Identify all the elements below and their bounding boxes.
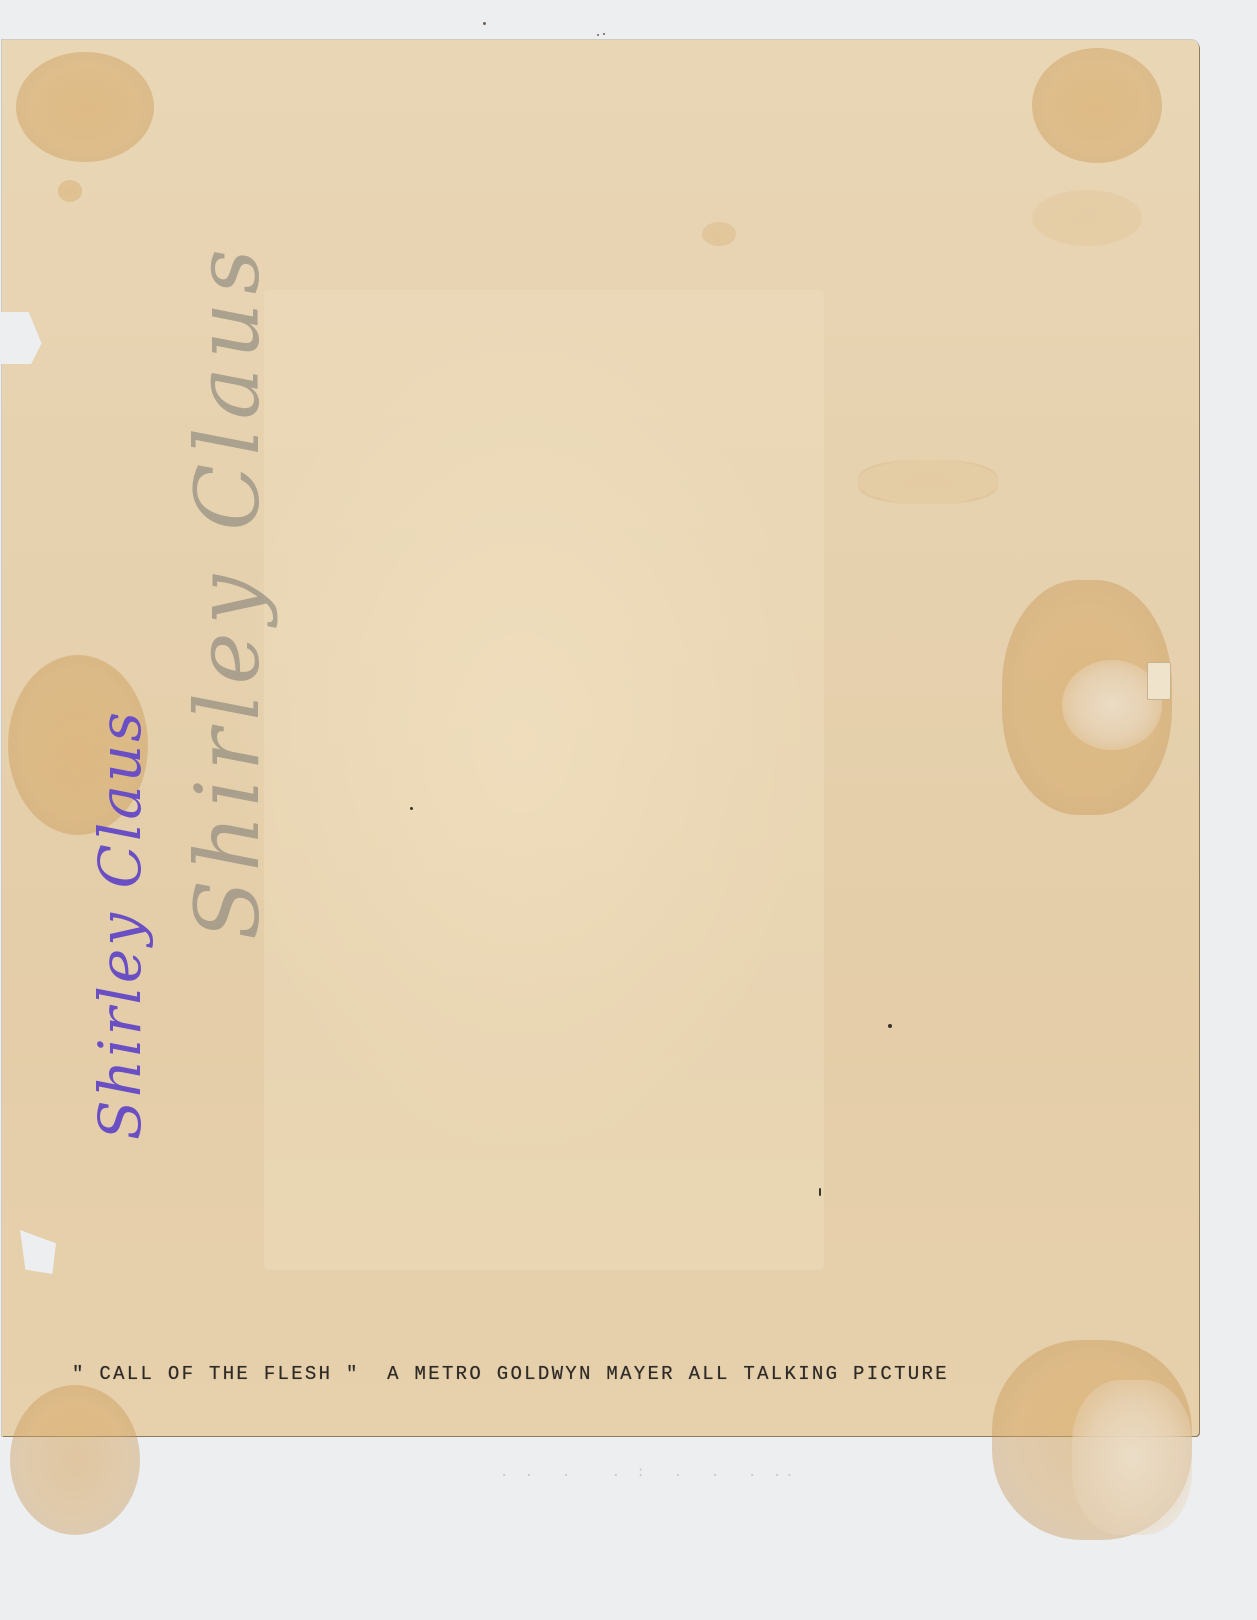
stain-top-right [1032,48,1162,163]
stain-small-center [702,222,736,246]
stain-top-left [16,52,154,162]
ink-dot [888,1024,892,1028]
ink-mark [819,1188,821,1196]
tear-left-lower [20,1230,56,1274]
mount-ghost-panel [264,290,824,1270]
typed-caption: " CALL OF THE FLESH " A METRO GOLDWYN MA… [72,1363,949,1385]
ink-dot [410,807,413,810]
pencil-signature: Shirley Claus [176,241,279,940]
faint-bleed-through-type: . . . . : . . . .. [500,1465,798,1481]
paper-tab-right [1147,662,1171,700]
ring-stain-oval [858,460,998,504]
dust-speck [603,33,605,35]
dust-speck [483,22,486,25]
ring-stain-right [1032,190,1142,246]
stain-spot [58,180,82,202]
dust-speck [597,34,599,36]
tear-left-upper [0,312,52,364]
ink-signature: Shirley Claus [86,709,154,1140]
